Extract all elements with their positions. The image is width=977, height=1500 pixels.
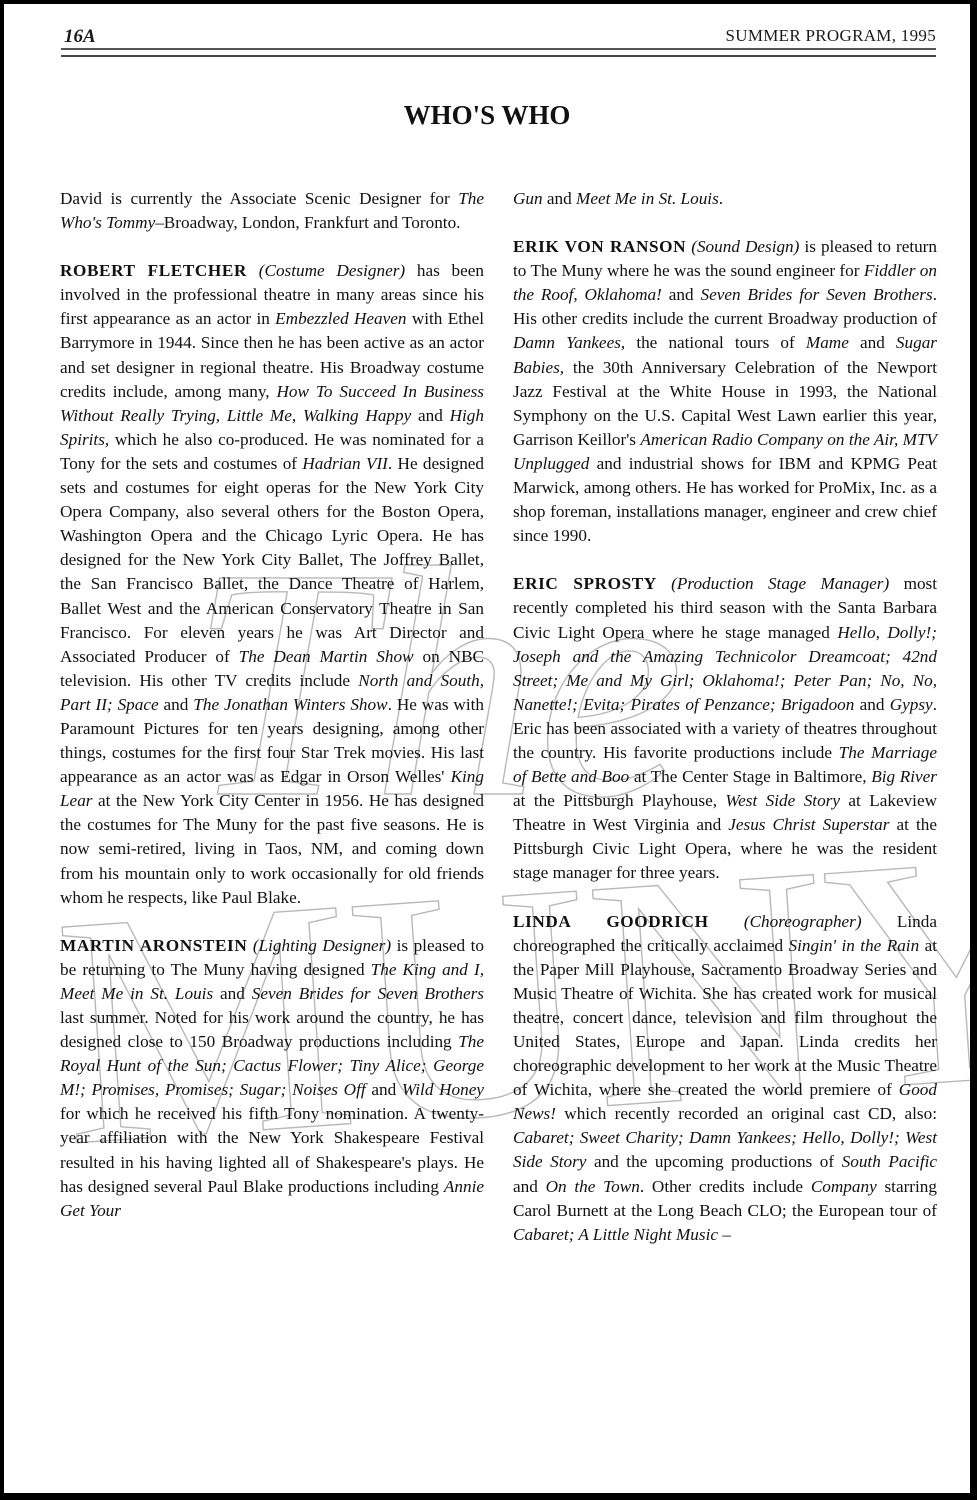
left-column: David is currently the Associate Scenic …	[60, 187, 484, 1247]
bio-name: LINDA GOODRICH	[513, 912, 709, 931]
right-column: Gun and Meet Me in St. Louis. ERIK VON R…	[513, 187, 937, 1271]
page-title: WHO'S WHO	[4, 100, 970, 131]
bio-role: (Costume Designer)	[259, 261, 405, 280]
bio-martin-aronstein: MARTIN ARONSTEIN (Lighting Designer) is …	[60, 934, 484, 1223]
bio-name: ERIK VON RANSON	[513, 237, 686, 256]
bio-name: MARTIN ARONSTEIN	[60, 936, 247, 955]
header-rule-top	[61, 48, 936, 50]
bio-role: (Lighting Designer)	[253, 936, 391, 955]
running-title: SUMMER PROGRAM, 1995	[725, 26, 936, 46]
bio-name: ROBERT FLETCHER	[60, 261, 247, 280]
bio-robert-fletcher: ROBERT FLETCHER (Costume Designer) has b…	[60, 259, 484, 910]
bio-continuation-aronstein: Gun and Meet Me in St. Louis.	[513, 187, 937, 211]
bio-role: (Sound Design)	[691, 237, 799, 256]
program-page: The MUNY 16A SUMMER PROGRAM, 1995 WHO'S …	[4, 4, 970, 1493]
page-number: 16A	[64, 26, 96, 48]
bio-erik-von-ranson: ERIK VON RANSON (Sound Design) is please…	[513, 235, 937, 548]
bio-role: (Production Stage Manager)	[671, 574, 889, 593]
header-rule-bottom	[61, 55, 936, 57]
bio-eric-sprosty: ERIC SPROSTY (Production Stage Manager) …	[513, 572, 937, 885]
bio-continuation-david: David is currently the Associate Scenic …	[60, 187, 484, 235]
bio-role: (Choreographer)	[744, 912, 862, 931]
bio-name: ERIC SPROSTY	[513, 574, 657, 593]
bio-linda-goodrich: LINDA GOODRICH (Choreographer) Linda cho…	[513, 910, 937, 1247]
